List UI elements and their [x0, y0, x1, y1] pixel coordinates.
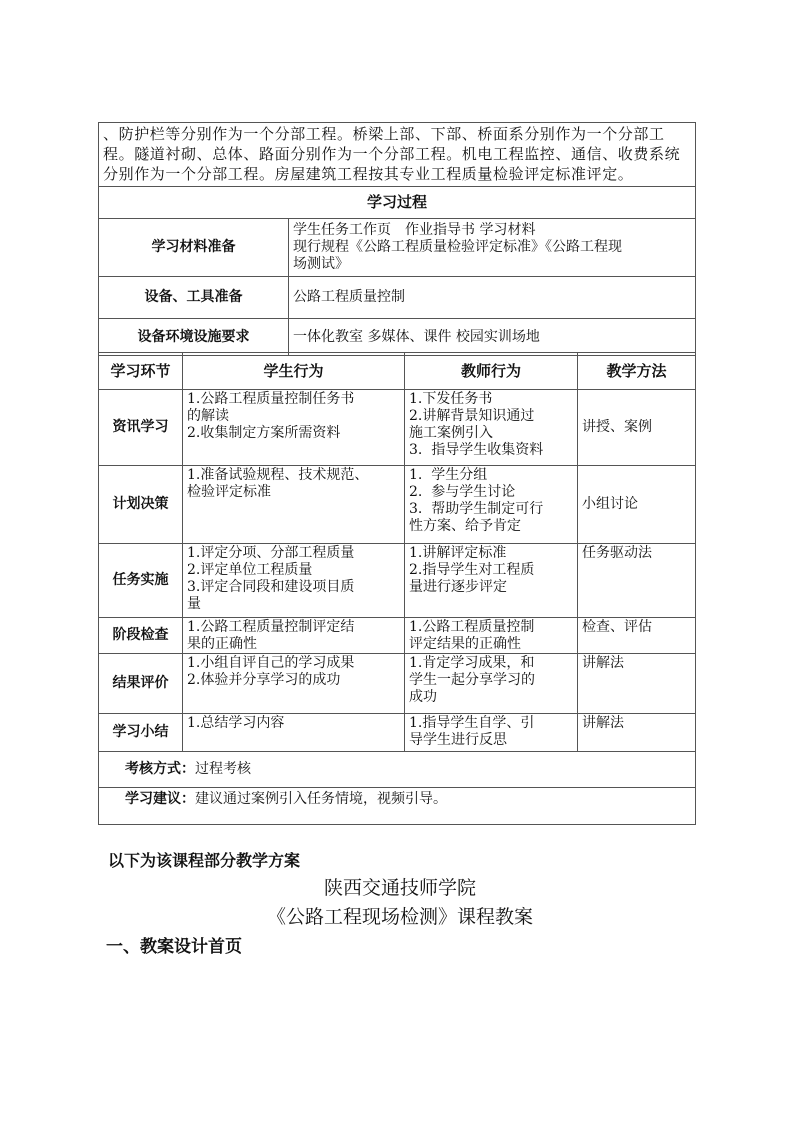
table-row: 任务实施 1.评定分项、分部工程质量 2.评定单位工程质量 3.评定合同段和建设… — [99, 544, 696, 618]
assessment-value: 过程考核 — [195, 761, 251, 777]
teacher-line: 1.下发任务书 — [409, 391, 573, 408]
header-student: 学生行为 — [183, 353, 405, 390]
header-method: 教学方法 — [578, 353, 696, 390]
teacher-line: 3. 帮助学生制定可行 — [409, 501, 573, 518]
school-name: 陕西交通技师学院 — [0, 873, 800, 900]
teacher-line: 1.公路工程质量控制 — [409, 619, 573, 636]
continuation-paragraph: 、防护栏等分别作为一个分部工程。桥梁上部、下部、桥面系分别作为一个分部工程。隧道… — [99, 123, 696, 187]
teacher-cell: 1.指导学生自学、引 导学生进行反思 — [405, 714, 578, 752]
equipment-row: 设备、工具准备 公路工程质量控制 — [99, 277, 696, 319]
teacher-line: 1. 学生分组 — [409, 467, 573, 484]
teacher-line: 3. 指导学生收集资料 — [409, 442, 573, 459]
student-line: 检验评定标准 — [187, 484, 400, 501]
student-line: 2.体验并分享学习的成功 — [187, 672, 400, 689]
equipment-line: 公路工程质量控制 — [293, 289, 691, 306]
environment-line: 一体化教室 多媒体、课件 校园实训场地 — [293, 329, 691, 346]
student-line: 1.公路工程质量控制任务书 — [187, 391, 400, 408]
teacher-line: 导学生进行反思 — [409, 732, 573, 749]
section-title: 学习过程 — [99, 187, 696, 219]
student-cell: 1.评定分项、分部工程质量 2.评定单位工程质量 3.评定合同段和建设项目质 量 — [183, 544, 405, 618]
intro-text: 以下为该课程部分教学方案 — [108, 848, 300, 871]
student-line: 1.公路工程质量控制评定结 — [187, 619, 400, 636]
student-cell: 1.准备试验规程、技术规范、 检验评定标准 — [183, 466, 405, 544]
teacher-cell: 1.下发任务书 2.讲解背景知识通过 施工案例引入 3. 指导学生收集资料 — [405, 390, 578, 466]
teacher-line: 施工案例引入 — [409, 425, 573, 442]
stage-cell: 阶段检查 — [99, 618, 183, 654]
suggestion-cell: 学习建议：建议通过案例引入任务情境，视频引导。 — [99, 788, 696, 825]
student-cell: 1.总结学习内容 — [183, 714, 405, 752]
section-heading: 一、教案设计首页 — [106, 932, 242, 957]
stage-cell: 计划决策 — [99, 466, 183, 544]
teacher-line: 成功 — [409, 689, 573, 706]
teacher-cell: 1.讲解评定标准 2.指导学生对工程质 量进行逐步评定 — [405, 544, 578, 618]
stage-cell: 结果评价 — [99, 654, 183, 714]
header-teacher: 教师行为 — [405, 353, 578, 390]
student-cell: 1.小组自评自己的学习成果 2.体验并分享学习的成功 — [183, 654, 405, 714]
teacher-line: 1.肯定学习成果，和 — [409, 655, 573, 672]
table-row: 结果评价 1.小组自评自己的学习成果 2.体验并分享学习的成功 1.肯定学习成果… — [99, 654, 696, 714]
assessment-label: 考核方式： — [125, 761, 195, 777]
method-cell: 任务驱动法 — [578, 544, 696, 618]
student-line: 的解读 — [187, 408, 400, 425]
materials-row: 学习材料准备 学生任务工作页 作业指导书 学习材料 现行规程《公路工程质量检验评… — [99, 219, 696, 277]
method-cell: 检查、评估 — [578, 618, 696, 654]
teacher-line: 1.讲解评定标准 — [409, 545, 573, 562]
teacher-line: 评定结果的正确性 — [409, 636, 573, 653]
document-page: 、防护栏等分别作为一个分部工程。桥梁上部、下部、桥面系分别作为一个分部工程。隧道… — [0, 0, 800, 1131]
suggestion-row: 学习建议：建议通过案例引入任务情境，视频引导。 — [99, 788, 696, 825]
method-cell: 讲授、案例 — [578, 390, 696, 466]
teacher-line: 2.讲解背景知识通过 — [409, 408, 573, 425]
student-line: 1.准备试验规程、技术规范、 — [187, 467, 400, 484]
teacher-line: 量进行逐步评定 — [409, 579, 573, 596]
student-line: 1.评定分项、分部工程质量 — [187, 545, 400, 562]
process-header-row: 学习环节 学生行为 教师行为 教学方法 — [99, 353, 696, 390]
continuation-row: 、防护栏等分别作为一个分部工程。桥梁上部、下部、桥面系分别作为一个分部工程。隧道… — [99, 123, 696, 187]
method-cell: 讲解法 — [578, 714, 696, 752]
student-line: 2.收集制定方案所需资料 — [187, 425, 400, 442]
equipment-value: 公路工程质量控制 — [289, 277, 696, 319]
teacher-line: 2.指导学生对工程质 — [409, 562, 573, 579]
environment-label: 设备环境设施要求 — [99, 319, 289, 356]
teacher-cell: 1.肯定学习成果，和 学生一起分享学习的 成功 — [405, 654, 578, 714]
teacher-cell: 1.公路工程质量控制 评定结果的正确性 — [405, 618, 578, 654]
table-row: 阶段检查 1.公路工程质量控制评定结 果的正确性 1.公路工程质量控制 评定结果… — [99, 618, 696, 654]
method-cell: 小组讨论 — [578, 466, 696, 544]
equipment-label: 设备、工具准备 — [99, 277, 289, 319]
student-cell: 1.公路工程质量控制评定结 果的正确性 — [183, 618, 405, 654]
environment-row: 设备环境设施要求 一体化教室 多媒体、课件 校园实训场地 — [99, 319, 696, 356]
suggestion-value: 建议通过案例引入任务情境，视频引导。 — [195, 791, 447, 807]
student-line: 量 — [187, 596, 400, 613]
materials-line: 场测试》 — [293, 256, 691, 273]
table-row: 计划决策 1.准备试验规程、技术规范、 检验评定标准 1. 学生分组 2. 参与… — [99, 466, 696, 544]
teaching-process-table: 学习环节 学生行为 教师行为 教学方法 资讯学习 1.公路工程质量控制任务书 的… — [98, 352, 696, 825]
course-title: 《公路工程现场检测》课程教案 — [0, 902, 800, 929]
table-row: 资讯学习 1.公路工程质量控制任务书 的解读 2.收集制定方案所需资料 1.下发… — [99, 390, 696, 466]
student-cell: 1.公路工程质量控制任务书 的解读 2.收集制定方案所需资料 — [183, 390, 405, 466]
materials-line: 现行规程《公路工程质量检验评定标准》《公路工程现 — [293, 239, 691, 256]
teacher-line: 2. 参与学生讨论 — [409, 484, 573, 501]
student-line: 2.评定单位工程质量 — [187, 562, 400, 579]
student-line: 3.评定合同段和建设项目质 — [187, 579, 400, 596]
student-line: 1.小组自评自己的学习成果 — [187, 655, 400, 672]
stage-cell: 任务实施 — [99, 544, 183, 618]
environment-value: 一体化教室 多媒体、课件 校园实训场地 — [289, 319, 696, 356]
materials-label: 学习材料准备 — [99, 219, 289, 277]
materials-line: 学生任务工作页 作业指导书 学习材料 — [293, 222, 691, 239]
teacher-cell: 1. 学生分组 2. 参与学生讨论 3. 帮助学生制定可行 性方案、给予肯定 — [405, 466, 578, 544]
header-stage: 学习环节 — [99, 353, 183, 390]
stage-cell: 资讯学习 — [99, 390, 183, 466]
learning-process-info-table: 、防护栏等分别作为一个分部工程。桥梁上部、下部、桥面系分别作为一个分部工程。隧道… — [98, 122, 696, 356]
materials-value: 学生任务工作页 作业指导书 学习材料 现行规程《公路工程质量检验评定标准》《公路… — [289, 219, 696, 277]
assessment-cell: 考核方式：过程考核 — [99, 752, 696, 788]
suggestion-label: 学习建议： — [125, 791, 195, 807]
section-title-row: 学习过程 — [99, 187, 696, 219]
teacher-line: 学生一起分享学习的 — [409, 672, 573, 689]
stage-cell: 学习小结 — [99, 714, 183, 752]
assessment-row: 考核方式：过程考核 — [99, 752, 696, 788]
table-row: 学习小结 1.总结学习内容 1.指导学生自学、引 导学生进行反思 讲解法 — [99, 714, 696, 752]
student-line: 果的正确性 — [187, 636, 400, 653]
method-cell: 讲解法 — [578, 654, 696, 714]
student-line: 1.总结学习内容 — [187, 715, 400, 732]
teacher-line: 1.指导学生自学、引 — [409, 715, 573, 732]
teacher-line: 性方案、给予肯定 — [409, 518, 573, 535]
